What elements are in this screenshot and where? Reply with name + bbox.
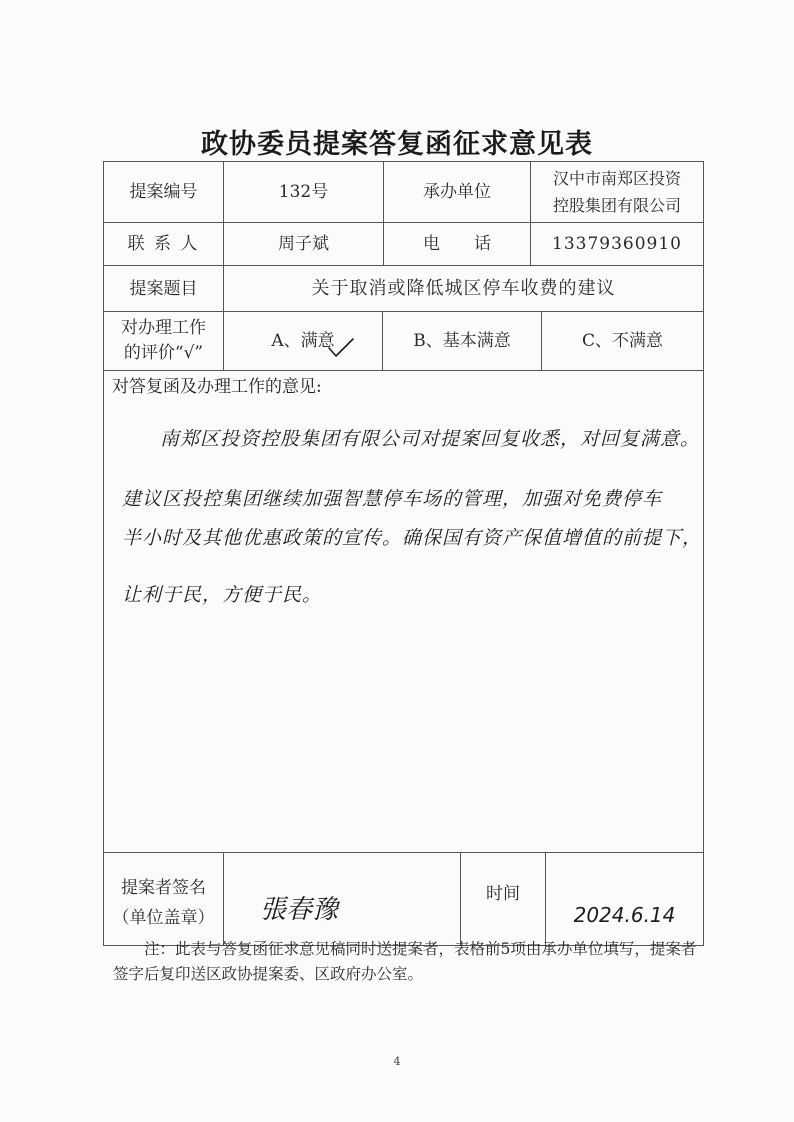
label-signature-line1: 提案者签名: [121, 873, 206, 903]
signed-date: 2024.6.14: [546, 895, 703, 935]
contact-name: 周子斌: [224, 223, 383, 265]
form-title: 政协委员提案答复函征求意见表: [0, 122, 794, 161]
label-proposal-no: 提案编号: [104, 162, 223, 222]
label-contact: 联 系 人: [104, 223, 223, 265]
label-phone: 电 话: [384, 223, 530, 265]
opinion-handwritten-line: 半小时及其他优惠政策的宣传。确保国有资产保值增值的前提下，: [122, 523, 702, 550]
table-border-row4: [103, 370, 704, 371]
label-time: 时间: [461, 853, 545, 945]
label-rating-line2: 的评价“√”: [124, 341, 203, 366]
checkmark-icon: [327, 336, 355, 358]
label-rating-line1: 对办理工作: [121, 316, 206, 341]
label-rating: 对办理工作 的评价“√”: [104, 312, 223, 370]
label-signature-line2: （单位盖章）: [113, 903, 215, 933]
label-topic: 提案题目: [104, 266, 223, 311]
label-handling-unit: 承办单位: [384, 162, 530, 222]
footnote: 注：此表与答复函征求意见稿同时送提案者，表格前5项由承办单位填写，提案者签字后复…: [113, 937, 698, 987]
table-border-right: [703, 161, 704, 946]
rating-option-a[interactable]: A、满意: [224, 312, 382, 370]
proposer-signature: 張春豫: [224, 880, 374, 940]
label-signature: 提案者签名 （单位盖章）: [104, 853, 223, 945]
proposal-topic: 关于取消或降低城区停车收费的建议: [224, 266, 703, 311]
page-number: 4: [0, 1055, 794, 1068]
opinion-handwritten-line: 让利于民，方便于民。: [122, 580, 322, 607]
proposal-no: 132号: [224, 162, 383, 222]
rating-option-c[interactable]: C、不满意: [542, 312, 703, 370]
opinion-label: 对答复函及办理工作的意见:: [112, 372, 322, 397]
handling-unit-line2: 控股集团有限公司: [553, 192, 681, 219]
opinion-handwritten-line: 南郑区投资控股集团有限公司对提案回复收悉，对回复满意。: [160, 424, 700, 451]
handling-unit-line1: 汉中市南郑区投资: [553, 165, 681, 192]
handling-unit: 汉中市南郑区投资 控股集团有限公司: [531, 162, 703, 222]
phone-number: 13379360910: [531, 223, 703, 265]
rating-option-b[interactable]: B、基本满意: [383, 312, 541, 370]
opinion-handwritten-line: 建议区投控集团继续加强智慧停车场的管理，加强对免费停车: [122, 484, 662, 511]
